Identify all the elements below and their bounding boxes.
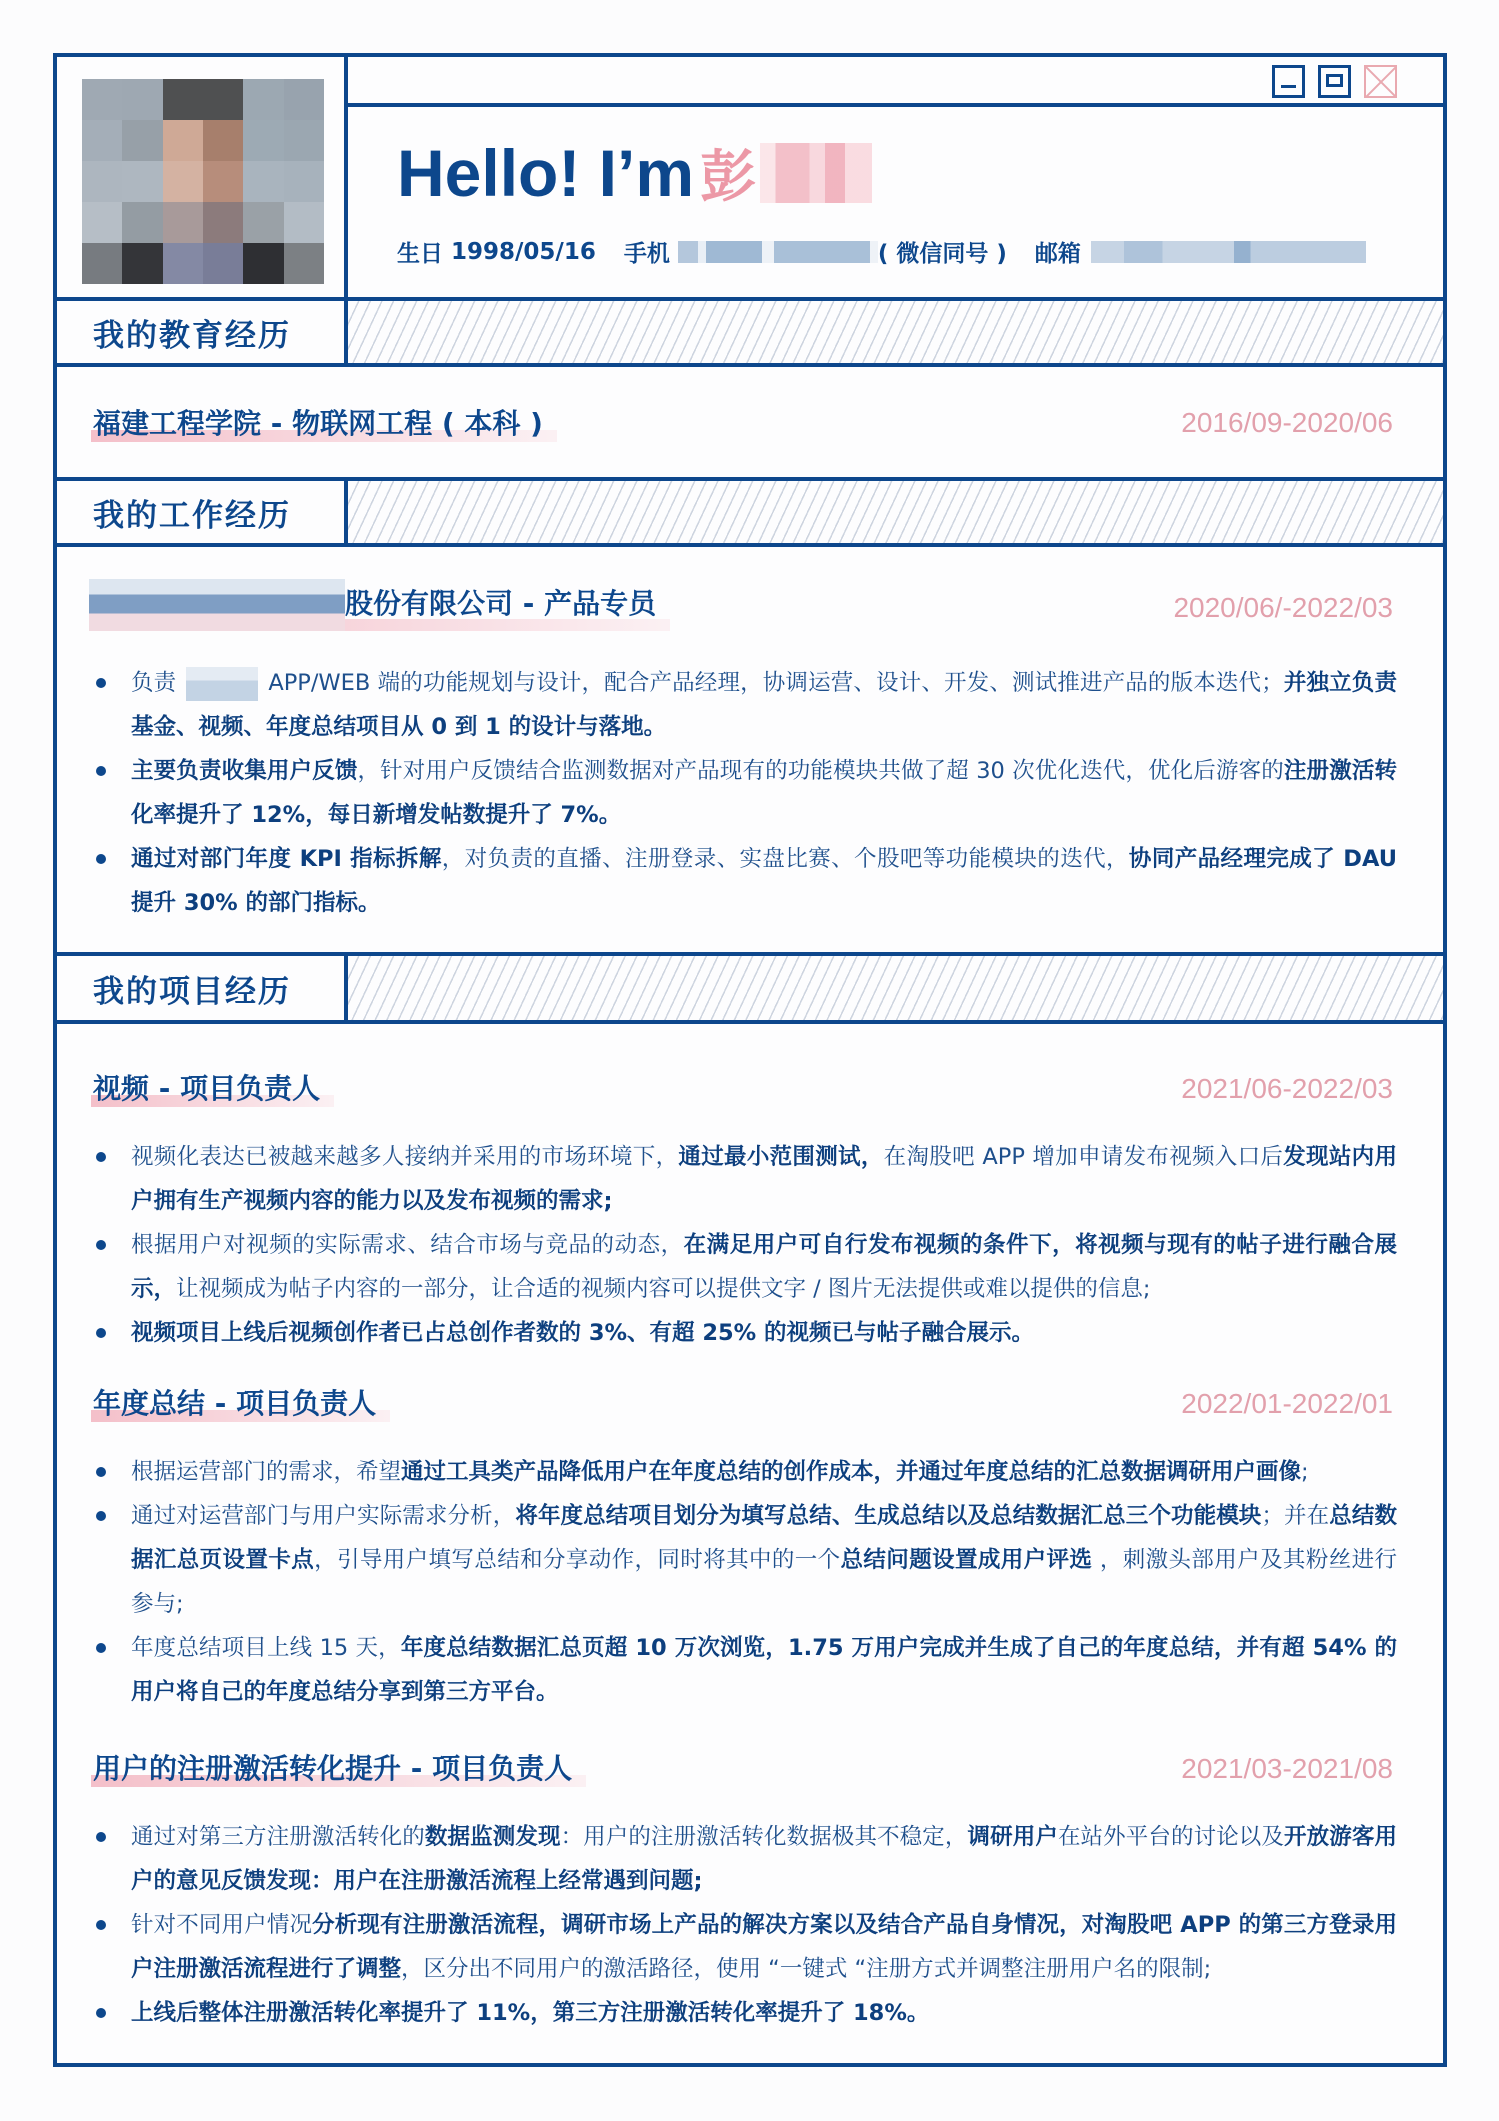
project-date: 2022/01-2022/01 bbox=[1181, 1388, 1393, 1420]
bullet-item: 针对不同用户情况分析现有注册激活流程，调研市场上产品的解决方案以及结合产品自身情… bbox=[93, 1903, 1397, 1991]
project-title: 年度总结 - 项目负责人 bbox=[93, 1382, 376, 1422]
plain-text: 通过对运营部门与用户实际需求分析， bbox=[131, 1503, 515, 1529]
photo-pixel bbox=[82, 243, 122, 284]
photo-pixel bbox=[284, 161, 324, 202]
photo-pixel bbox=[163, 79, 203, 120]
section-header-work: 我的工作经历 bbox=[57, 477, 1443, 547]
name-redacted bbox=[760, 143, 872, 203]
maximize-icon[interactable] bbox=[1318, 65, 1351, 98]
photo-pixel bbox=[203, 79, 243, 120]
bullet-item: 通过对部门年度 KPI 指标拆解，对负责的直播、注册登录、实盘比赛、个股吧等功能… bbox=[93, 837, 1397, 925]
plain-text: 针对不同用户情况 bbox=[131, 1912, 312, 1938]
birthday-value: 1998/05/16 bbox=[451, 239, 596, 265]
photo-pixel bbox=[243, 202, 283, 243]
photo-pixel bbox=[82, 202, 122, 243]
plain-text: ，区分出不同用户的激活路径，使用 “一键式 “注册方式并调整注册用户名的限制; bbox=[401, 1956, 1211, 1982]
plain-text: ；并在 bbox=[1261, 1503, 1329, 1529]
bullet-item: 负责APP/WEB 端的功能规划与设计，配合产品经理，协调运营、设计、开发、测试… bbox=[93, 661, 1397, 749]
avatar-photo-pixelated bbox=[82, 79, 324, 284]
photo-pixel bbox=[122, 120, 162, 161]
photo-pixel bbox=[82, 161, 122, 202]
work-bullet-list: 负责APP/WEB 端的功能规划与设计，配合产品经理，协调运营、设计、开发、测试… bbox=[93, 661, 1397, 925]
bold-text: 通过对部门年度 KPI 指标拆解 bbox=[131, 846, 442, 872]
photo-pixel bbox=[203, 120, 243, 161]
bullet-item: 根据运营部门的需求，希望通过工具类产品降低用户在年度总结的创作成本，并通过年度总… bbox=[93, 1450, 1397, 1494]
company-redacted bbox=[89, 579, 345, 631]
bold-text: 通过工具类产品降低用户在年度总结的创作成本，并通过年度总结的汇总数据调研用户画像 bbox=[401, 1459, 1301, 1485]
plain-text: 在淘股吧 APP 增加申请发布视频入口后 bbox=[884, 1144, 1284, 1170]
photo-pixel bbox=[284, 202, 324, 243]
resume-window: Hello! I’m 彭 生日 1998/05/16 手机 ( 微信同号 ) 邮… bbox=[53, 53, 1447, 2067]
section-title: 我的工作经历 bbox=[57, 481, 348, 543]
plain-text: 负责 bbox=[131, 670, 176, 696]
phone-label: 手机 bbox=[624, 235, 670, 268]
project-date: 2021/03-2021/08 bbox=[1181, 1753, 1393, 1785]
name-visible: 彭 bbox=[700, 133, 756, 213]
education-date: 2016/09-2020/06 bbox=[1181, 407, 1393, 439]
window-controls bbox=[1272, 65, 1397, 98]
photo-pixel bbox=[243, 79, 283, 120]
bold-text: 总结问题设置成用户评选 bbox=[841, 1547, 1093, 1573]
contact-info-row: 生日 1998/05/16 手机 ( 微信同号 ) 邮箱 bbox=[397, 235, 1366, 268]
hatch-decoration bbox=[348, 956, 1443, 1020]
project-title: 用户的注册激活转化提升 - 项目负责人 bbox=[93, 1747, 572, 1787]
birthday-label: 生日 bbox=[397, 235, 443, 268]
hero-header: Hello! I’m 彭 生日 1998/05/16 手机 ( 微信同号 ) 邮… bbox=[352, 111, 1443, 301]
plain-text: ，对负责的直播、注册登录、实盘比赛、个股吧等功能模块的迭代， bbox=[442, 846, 1129, 872]
photo-pixel bbox=[284, 120, 324, 161]
plain-text: 视频化表达已被越来越多人接纳并采用的市场环境下， bbox=[131, 1144, 678, 1170]
bullet-item: 根据用户对视频的实际需求、结合市场与竞品的动态，在满足用户可自行发布视频的条件下… bbox=[93, 1223, 1397, 1311]
project-bullet-list: 通过对第三方注册激活转化的数据监测发现：用户的注册激活转化数据极其不稳定，调研用… bbox=[93, 1815, 1397, 2035]
bullet-item: 年度总结项目上线 15 天，年度总结数据汇总页超 10 万次浏览，1.75 万用… bbox=[93, 1626, 1397, 1714]
greeting-heading: Hello! I’m 彭 bbox=[397, 133, 872, 213]
work-entry-title: 股份有限公司 - 产品专员 bbox=[89, 579, 656, 631]
photo-pixel bbox=[163, 120, 203, 161]
photo-pixel bbox=[284, 79, 324, 120]
phone-redacted bbox=[678, 241, 878, 263]
plain-text: APP/WEB 端的功能规划与设计，配合产品经理，协调运营、设计、开发、测试推进… bbox=[268, 670, 1283, 696]
bullet-item: 主要负责收集用户反馈，针对用户反馈结合监测数据对产品现有的功能模块共做了超 30… bbox=[93, 749, 1397, 837]
photo-pixel bbox=[203, 202, 243, 243]
photo-pixel bbox=[163, 202, 203, 243]
plain-text: ，引导用户填写总结和分享动作，同时将其中的一个 bbox=[314, 1547, 840, 1573]
phone-suffix: ( 微信同号 ) bbox=[878, 235, 1007, 268]
hatch-decoration bbox=[348, 481, 1443, 543]
photo-pixel bbox=[122, 202, 162, 243]
bold-text: 主要负责收集用户反馈 bbox=[131, 758, 357, 784]
photo-pixel bbox=[243, 120, 283, 161]
section-title: 我的教育经历 bbox=[57, 301, 348, 363]
plain-text: 根据运营部门的需求，希望 bbox=[131, 1459, 401, 1485]
plain-text: ; bbox=[1301, 1459, 1309, 1485]
greeting-text: Hello! I’m bbox=[397, 135, 694, 211]
plain-text: ：用户的注册激活转化数据极其不稳定， bbox=[561, 1824, 968, 1850]
bold-text: 数据监测发现 bbox=[425, 1824, 561, 1850]
photo-pixel bbox=[163, 243, 203, 284]
project-bullet-list: 视频化表达已被越来越多人接纳并采用的市场环境下，通过最小范围测试，在淘股吧 AP… bbox=[93, 1135, 1397, 1355]
photo-pixel bbox=[203, 161, 243, 202]
bold-text: 将年度总结项目划分为填写总结、生成总结以及总结数据汇总三个功能模块 bbox=[515, 1503, 1261, 1529]
plain-text: 通过对第三方注册激活转化的 bbox=[131, 1824, 425, 1850]
bold-text: 视频项目上线后视频创作者已占总创作者数的 3%、有超 25% 的视频已与帖子融合… bbox=[131, 1320, 1034, 1346]
photo-pixel bbox=[122, 79, 162, 120]
bullet-item: 视频项目上线后视频创作者已占总创作者数的 3%、有超 25% 的视频已与帖子融合… bbox=[93, 1311, 1397, 1355]
minimize-icon[interactable] bbox=[1272, 65, 1305, 98]
bullet-item: 上线后整体注册激活转化率提升了 11%，第三方注册激活转化率提升了 18%。 bbox=[93, 1991, 1397, 2035]
photo-pixel bbox=[122, 161, 162, 202]
work-date: 2020/06/-2022/03 bbox=[1173, 592, 1393, 624]
plain-text: 根据用户对视频的实际需求、结合市场与竞品的动态， bbox=[131, 1232, 684, 1258]
email-redacted bbox=[1091, 241, 1366, 263]
photo-pixel bbox=[82, 120, 122, 161]
section-header-projects: 我的项目经历 bbox=[57, 952, 1443, 1024]
photo-cell bbox=[57, 57, 348, 301]
photo-pixel bbox=[203, 243, 243, 284]
plain-text: 年度总结项目上线 15 天， bbox=[131, 1635, 401, 1661]
bold-text: 上线后整体注册激活转化率提升了 11%，第三方注册激活转化率提升了 18%。 bbox=[131, 2000, 929, 2026]
plain-text: 让视频成为帖子内容的一部分，让合适的视频内容可以提供文字 / 图片无法提供或难以… bbox=[176, 1276, 1150, 1302]
window-title-bar bbox=[348, 57, 1443, 107]
plain-text: ，针对用户反馈结合监测数据对产品现有的功能模块共做了超 30 次优化迭代，优化后… bbox=[357, 758, 1283, 784]
bullet-item: 通过对运营部门与用户实际需求分析，将年度总结项目划分为填写总结、生成总结以及总结… bbox=[93, 1494, 1397, 1626]
photo-pixel bbox=[243, 161, 283, 202]
bold-text: 调研用户 bbox=[968, 1824, 1058, 1850]
project-title: 视频 - 项目负责人 bbox=[93, 1067, 320, 1107]
section-header-education: 我的教育经历 bbox=[57, 297, 1443, 367]
photo-pixel bbox=[163, 161, 203, 202]
bold-text: 通过最小范围测试， bbox=[678, 1144, 883, 1170]
project-bullet-list: 根据运营部门的需求，希望通过工具类产品降低用户在年度总结的创作成本，并通过年度总… bbox=[93, 1450, 1397, 1714]
bullet-item: 通过对第三方注册激活转化的数据监测发现：用户的注册激活转化数据极其不稳定，调研用… bbox=[93, 1815, 1397, 1903]
redacted-text bbox=[186, 667, 258, 701]
photo-pixel bbox=[243, 243, 283, 284]
education-entry-title: 福建工程学院 - 物联网工程 ( 本科 ) bbox=[93, 402, 543, 442]
photo-pixel bbox=[122, 243, 162, 284]
project-date: 2021/06-2022/03 bbox=[1181, 1073, 1393, 1105]
close-icon[interactable] bbox=[1364, 65, 1397, 98]
email-label: 邮箱 bbox=[1035, 235, 1081, 268]
plain-text: 在站外平台的讨论以及 bbox=[1058, 1824, 1284, 1850]
bullet-item: 视频化表达已被越来越多人接纳并采用的市场环境下，通过最小范围测试，在淘股吧 AP… bbox=[93, 1135, 1397, 1223]
section-title: 我的项目经历 bbox=[57, 956, 348, 1020]
photo-pixel bbox=[284, 243, 324, 284]
hatch-decoration bbox=[348, 301, 1443, 363]
photo-pixel bbox=[82, 79, 122, 120]
